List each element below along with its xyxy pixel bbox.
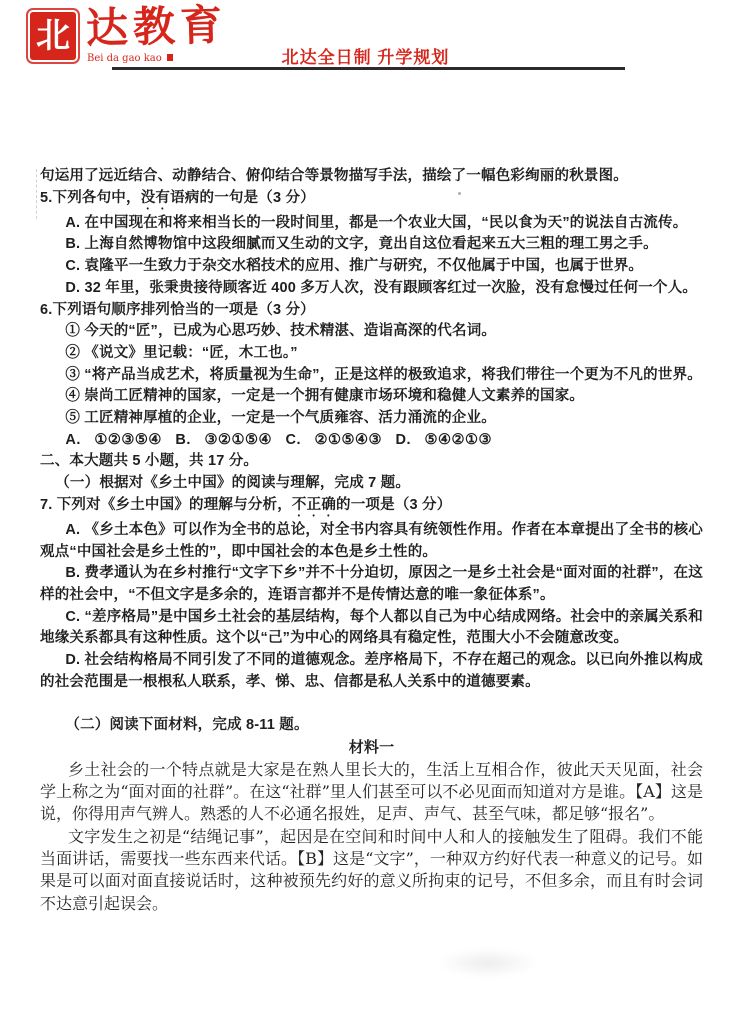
q7-stem-emphasis: 不正确 bbox=[292, 497, 336, 513]
q7-stem-pre: 7. 下列对《乡土中国》的理解与分析， bbox=[40, 497, 292, 513]
q5-option-d: D. 32 年里，张秉贵接待顾客近 400 多万人次，没有跟顾客红过一次脸，没有… bbox=[40, 278, 703, 300]
q6-stem: 6.下列语句顺序排列恰当的一项是（3 分） bbox=[40, 300, 703, 322]
q5-option-c: C. 袁隆平一生致力于杂交水稻技术的应用、推广与研究，不仅他属于中国，也属于世界… bbox=[40, 256, 703, 278]
material-title: 材料一 bbox=[40, 737, 703, 759]
q7-stem: 7. 下列对《乡土中国》的理解与分析，不正确的一项是（3 分） bbox=[40, 495, 703, 520]
q6-item-5: ⑤ 工匠精神厚植的企业，一定是一个气质雍容、活力涌流的企业。 bbox=[40, 408, 703, 430]
q6-answer-row: A. ①②③⑤④ B. ③②①⑤④ C. ②①⑤④③ D. ⑤④②①③ bbox=[40, 430, 703, 452]
q5-option-b: B. 上海自然博物馆中这段细腻而又生动的文字，竟出自这位看起来五大三粗的理工男之… bbox=[40, 234, 703, 256]
scan-artifact-dashed-line bbox=[36, 169, 37, 219]
material-paragraph-2: 文字发生之初是“结绳记事”，起因是在空间和时间中人和人的接触发生了阻碍。我们不能… bbox=[40, 826, 703, 915]
q5-stem-emphasis: 没有 bbox=[141, 190, 170, 206]
q6-item-3: ③ “将产品当成艺术，将质量视为生命”，正是这样的极致追求，将我们带往一个更为不… bbox=[40, 365, 703, 387]
q7-option-d: D. 社会结构格局不同引发了不同的道德观念。差序格局下，不存在超己的观念。以已向… bbox=[40, 650, 703, 693]
q7-option-b: B. 费孝通认为在乡村推行“文字下乡”并不十分迫切，原因之一是乡土社会是“面对面… bbox=[40, 563, 703, 606]
header-rule bbox=[112, 67, 625, 70]
material-paragraph-1: 乡土社会的一个特点就是大家是在熟人里长大的，生活上互相合作，彼此天天见面，社会学… bbox=[40, 759, 703, 826]
header: 北 达教育 Bei da gao kao 北达全日制 升学规划 bbox=[0, 0, 731, 86]
part2-intro: （二）阅读下面材料，完成 8-11 题。 bbox=[40, 715, 703, 737]
q5-stem-post: 语病的一句是（3 分） bbox=[170, 190, 315, 206]
q6-item-2: ② 《说文》里记载：“匠，木工也。” bbox=[40, 343, 703, 365]
section2-title: 二、本大题共 5 小题，共 17 分。 bbox=[40, 451, 703, 473]
scan-artifact-smudge bbox=[438, 948, 538, 978]
q5-stem: 5.下列各句中，没有语病的一句是（3 分） bbox=[40, 188, 703, 213]
q5-option-a: A. 在中国现在和将来相当长的一段时间里，都是一个农业大国，“民以食为天”的说法… bbox=[40, 213, 703, 235]
exam-content: 句运用了远近结合、动静结合、俯仰结合等景物描写手法，描绘了一幅色彩绚丽的秋景图。… bbox=[40, 166, 703, 915]
q5-stem-pre: 5.下列各句中， bbox=[40, 190, 141, 206]
exam-page: 北 达教育 Bei da gao kao 北达全日制 升学规划 句运用了远近结合… bbox=[0, 0, 731, 1024]
q6-item-1: ① 今天的“匠”，已成为心思巧妙、技术精湛、造诣高深的代名词。 bbox=[40, 321, 703, 343]
carryover-line: 句运用了远近结合、动静结合、俯仰结合等景物描写手法，描绘了一幅色彩绚丽的秋景图。 bbox=[40, 166, 703, 188]
q6-item-4: ④ 崇尚工匠精神的国家，一定是一个拥有健康市场环境和稳健人文素养的国家。 bbox=[40, 386, 703, 408]
banner-title: 北达全日制 升学规划 bbox=[0, 43, 731, 68]
scan-artifact-dot bbox=[458, 192, 461, 195]
q7-option-c: C. “差序格局”是中国乡土社会的基层结构，每个人都以自己为中心结成网络。社会中… bbox=[40, 607, 703, 650]
part1-intro: （一）根据对《乡土中国》的阅读与理解，完成 7 题。 bbox=[40, 473, 703, 495]
q7-option-a: A. 《乡土本色》可以作为全书的总论，对全书内容具有统领性作用。作者在本章提出了… bbox=[40, 520, 703, 563]
q7-stem-post: 的一项是（3 分） bbox=[336, 497, 451, 513]
